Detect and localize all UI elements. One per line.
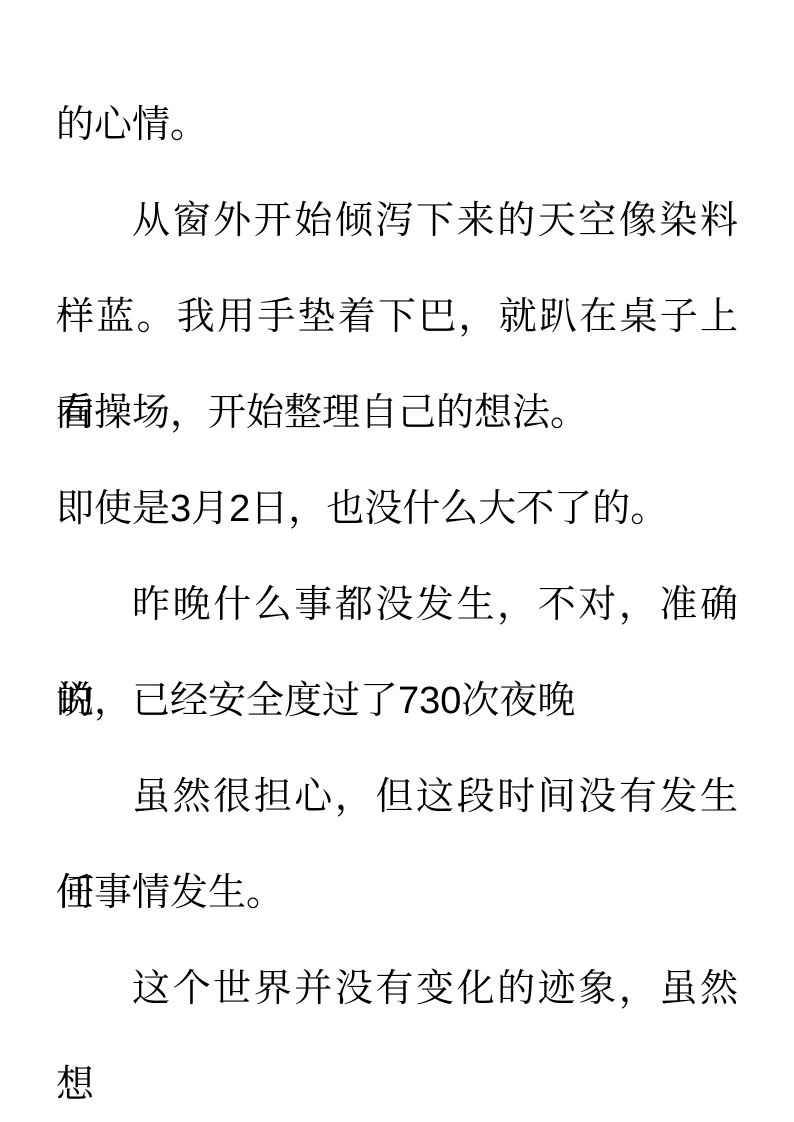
text-line: 这个世界并没有变化的迹象，虽然想 xyxy=(56,941,738,1037)
text-line: 向操场，开始整理自己的想法。 xyxy=(56,365,738,461)
text-line: 昨晚什么事都没发生，不对，准确的 xyxy=(56,557,738,653)
text-line: 何事情发生。 xyxy=(56,845,738,941)
text-line: 从窗外开始倾泻下来的天空像染料一 xyxy=(56,173,738,269)
text-line: 虽然很担心，但这段时间没有发生任 xyxy=(56,749,738,845)
text-block: 的心情。 从窗外开始倾泻下来的天空像染料一 样蓝。我用手垫着下巴，就趴在桌子上看… xyxy=(56,77,738,1037)
ebook-page: 的心情。 从窗外开始倾泻下来的天空像染料一 样蓝。我用手垫着下巴，就趴在桌子上看… xyxy=(0,0,794,1122)
text-line: 说，已经安全度过了730次夜晚 xyxy=(56,653,738,749)
text-line: 即使是3月2日，也没什么大不了的。 xyxy=(56,461,738,557)
text-line: 样蓝。我用手垫着下巴，就趴在桌子上看 xyxy=(56,269,738,365)
text-line: 的心情。 xyxy=(56,77,738,173)
